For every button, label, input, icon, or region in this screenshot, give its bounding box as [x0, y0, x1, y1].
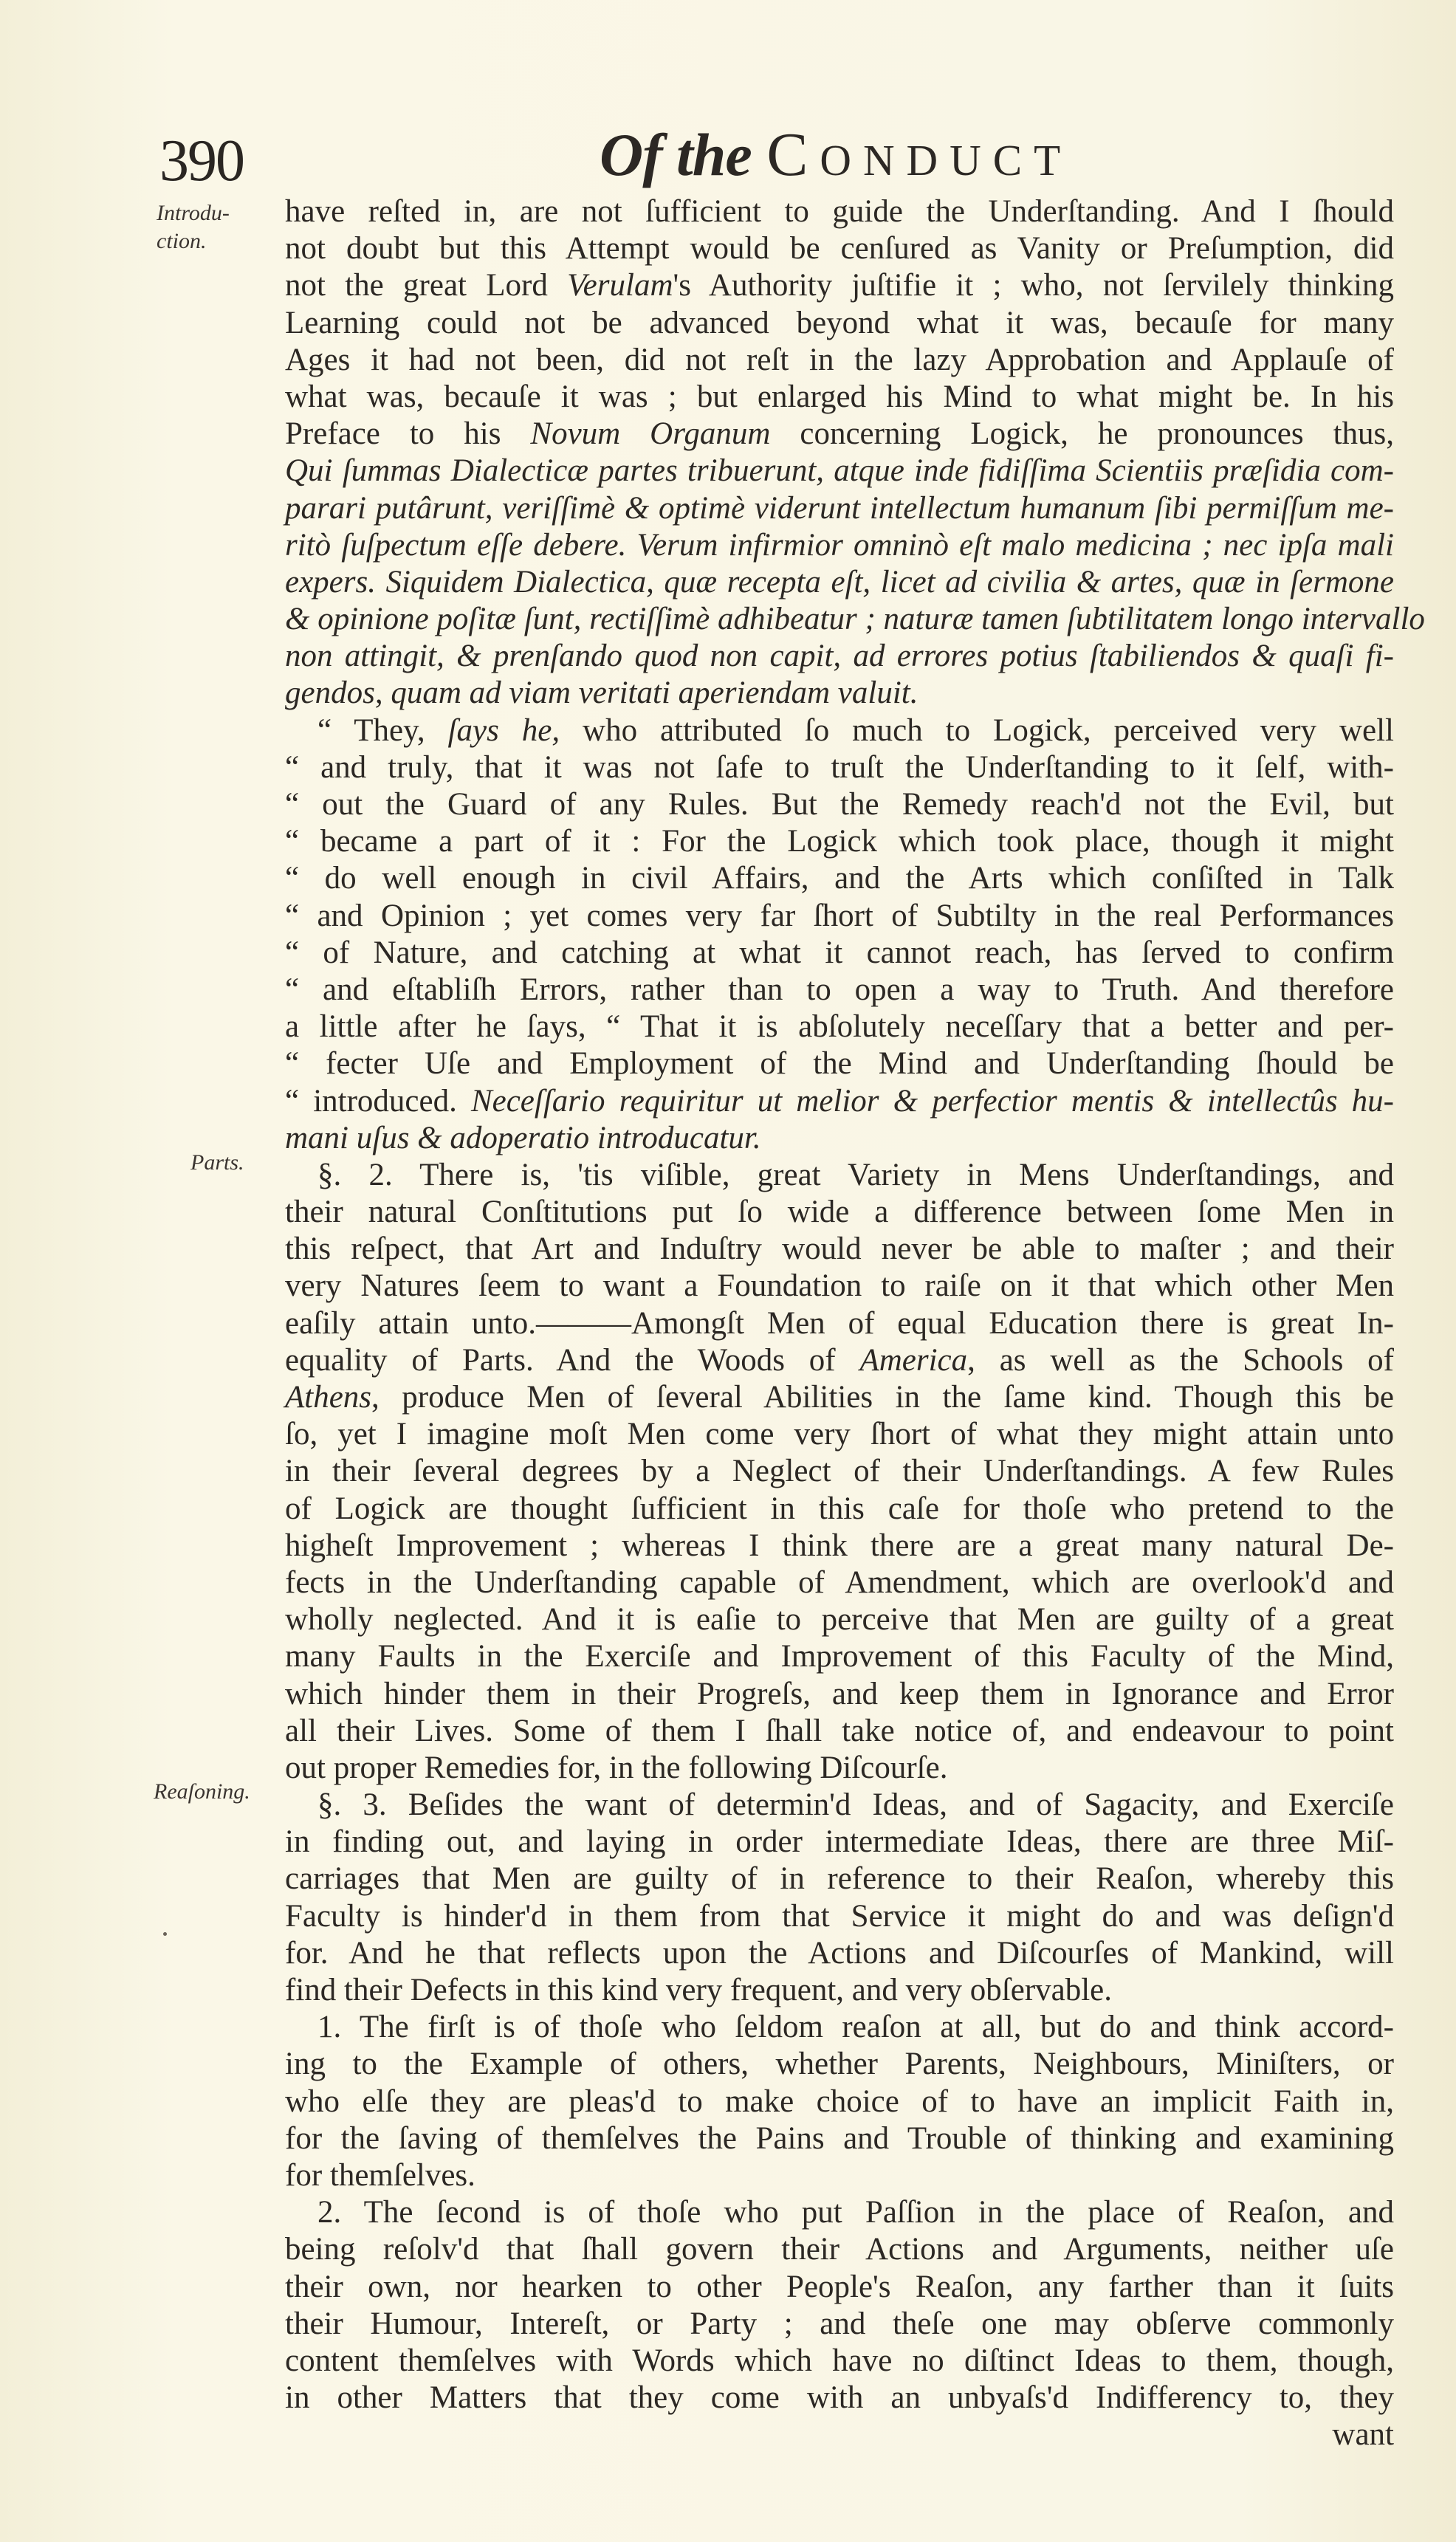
- italic-text: mani uſus & adoperatio introducatur.: [285, 1121, 761, 1155]
- text-line: all their Lives. Some of them I ſhall ta…: [285, 1713, 1394, 1750]
- text-line: “ and Opinion ; yet comes very far ſhort…: [285, 898, 1394, 935]
- text-line: Athens, produce Men of ſeveral Abilities…: [285, 1379, 1394, 1416]
- text-line: in their ſeveral degrees by a Neglect of…: [285, 1453, 1394, 1490]
- italic-text: ſays he,: [448, 713, 560, 748]
- italic-text: America: [859, 1343, 967, 1378]
- text-line: carriages that Men are guilty of in refe…: [285, 1861, 1394, 1897]
- text-line: out proper Remedies for, in the followin…: [285, 1750, 1394, 1787]
- text-line: “ and truly, that it was not ſafe to tru…: [285, 749, 1394, 786]
- text-line: want: [285, 2416, 1394, 2453]
- italic-text: expers. Siquidem Dialectica, quæ recepta…: [285, 565, 1394, 600]
- text-line: “ out the Guard of any Rules. But the Re…: [285, 786, 1394, 823]
- text-line: Preface to his Novum Organum concerning …: [285, 416, 1394, 453]
- text-line: gendos, quam ad viam veritati aperiendam…: [285, 675, 1394, 712]
- text-line: for themſelves.: [285, 2157, 1394, 2194]
- margin-note-introduction: Introdu- ction.: [157, 199, 230, 255]
- running-head-caps: Conduct: [766, 120, 1072, 189]
- italic-text: ritò ſuſpectum eſſe debere. Verum infirm…: [285, 528, 1394, 563]
- text-line: find their Defects in this kind very fre…: [285, 1972, 1394, 2009]
- text-line: non attingit, & prenſando quod non capit…: [285, 638, 1394, 675]
- margin-note-line: Parts.: [190, 1149, 244, 1177]
- text-line: higheſt Improvement ; whereas I think th…: [285, 1528, 1394, 1564]
- text-line: Learning could not be advanced beyond wh…: [285, 305, 1394, 342]
- text-line: “ introduced. Neceſſario requiritur ut m…: [285, 1083, 1394, 1120]
- text-line: “ fecter Uſe and Employment of the Mind …: [285, 1045, 1394, 1082]
- text-line: Faculty is hinder'd in them from that Se…: [285, 1898, 1394, 1935]
- text-line: for. And he that reflects upon the Actio…: [285, 1935, 1394, 1972]
- text-line: Qui ſummas Dialecticæ partes tribuerunt,…: [285, 453, 1394, 489]
- text-line: ritò ſuſpectum eſſe debere. Verum infirm…: [285, 527, 1394, 564]
- text-line: which hinder them in their Progreſs, and…: [285, 1676, 1394, 1713]
- text-line: content themſelves with Words which have…: [285, 2343, 1394, 2380]
- text-line: “ of Nature, and catching at what it can…: [285, 935, 1394, 972]
- text-line: their natural Conſtitutions put ſo wide …: [285, 1194, 1394, 1231]
- text-line: “ and eſtabliſh Errors, rather than to o…: [285, 972, 1394, 1009]
- text-line: of Logick are thought ſufficient in this…: [285, 1491, 1394, 1528]
- text-line: this reſpect, that Art and Induſtry woul…: [285, 1231, 1394, 1268]
- text-line: who elſe they are pleas'd to make choice…: [285, 2084, 1394, 2120]
- text-line: ing to the Example of others, whether Pa…: [285, 2046, 1394, 2083]
- text-line: not doubt but this Attempt would be cenſ…: [285, 230, 1394, 267]
- text-line: “ They, ſays he, who attributed ſo much …: [285, 712, 1394, 749]
- text-line: §. 3. Beſides the want of determin'd Ide…: [285, 1787, 1394, 1824]
- margin-note-parts: Parts.: [190, 1149, 244, 1177]
- text-line: many Faults in the Exerciſe and Improvem…: [285, 1638, 1394, 1675]
- text-line: Ages it had not been, did not reſt in th…: [285, 342, 1394, 379]
- text-line: 2. The ſecond is of thoſe who put Paſſio…: [285, 2194, 1394, 2231]
- text-line: wholly neglected. And it is eaſie to per…: [285, 1601, 1394, 1638]
- text-line: §. 2. There is, 'tis viſible, great Vari…: [285, 1157, 1394, 1194]
- text-line: 1. The firſt is of thoſe who ſeldom reaſ…: [285, 2009, 1394, 2046]
- running-head: 390 Of the Conduct: [0, 0, 1456, 221]
- italic-text: Qui ſummas Dialecticæ partes tribuerunt,…: [285, 453, 1394, 488]
- text-line: expers. Siquidem Dialectica, quæ recepta…: [285, 564, 1394, 601]
- italic-text: & opinione poſitæ ſunt, rectiſſimè adhib…: [285, 602, 1425, 636]
- text-line: fects in the Underſtanding capable of Am…: [285, 1564, 1394, 1601]
- italic-text: Verulam: [567, 268, 673, 303]
- text-line: what was, becauſe it was ; but enlarged …: [285, 379, 1394, 416]
- text-line: eaſily attain unto.———Amongſt Men of equ…: [285, 1305, 1394, 1342]
- text-line: in other Matters that they come with an …: [285, 2380, 1394, 2416]
- text-line: for the ſaving of themſelves the Pains a…: [285, 2120, 1394, 2157]
- text-line: “ became a part of it : For the Logick w…: [285, 823, 1394, 860]
- body-text: have reſted in, are not ſufficient to gu…: [285, 193, 1394, 2453]
- page-number: 390: [159, 131, 244, 190]
- italic-text: gendos, quam ad viam veritati aperiendam…: [285, 676, 918, 710]
- text-line: “ do well enough in civil Affairs, and t…: [285, 860, 1394, 897]
- text-line: being reſolv'd that ſhall govern their A…: [285, 2231, 1394, 2268]
- margin-note-reasoning: Reaſoning.: [154, 1778, 250, 1806]
- text-line: not the great Lord Verulam's Authority j…: [285, 267, 1394, 304]
- ink-speck: [163, 1932, 167, 1936]
- margin-note-line: Reaſoning.: [154, 1778, 250, 1806]
- text-line: their own, nor hearken to other People's…: [285, 2269, 1394, 2306]
- italic-text: Neceſſario requiritur ut melior & perfec…: [471, 1084, 1394, 1119]
- italic-text: Athens: [285, 1380, 371, 1415]
- text-line: their Humour, Intereſt, or Party ; and t…: [285, 2306, 1394, 2343]
- running-head-title: Of the Conduct: [600, 124, 1072, 186]
- text-line: & opinione poſitæ ſunt, rectiſſimè adhib…: [285, 601, 1394, 638]
- margin-note-line: ction.: [157, 227, 230, 255]
- running-head-italic: Of the: [600, 121, 752, 188]
- italic-text: non attingit, & prenſando quod non capit…: [285, 639, 1394, 673]
- italic-text: Novum Organum: [530, 416, 770, 451]
- margin-note-line: Introdu-: [157, 199, 230, 227]
- text-line: a little after he ſays, “ That it is abſ…: [285, 1009, 1394, 1045]
- text-line: parari putârunt, veriſſimè & optimè vide…: [285, 490, 1394, 527]
- italic-text: parari putârunt, veriſſimè & optimè vide…: [285, 491, 1394, 526]
- text-line: very Natures ſeem to want a Foundation t…: [285, 1268, 1394, 1305]
- text-line: ſo, yet I imagine moſt Men come very ſho…: [285, 1416, 1394, 1453]
- text-line: equality of Parts. And the Woods of Amer…: [285, 1342, 1394, 1379]
- text-line: have reſted in, are not ſufficient to gu…: [285, 193, 1394, 230]
- text-line: in finding out, and laying in order inte…: [285, 1824, 1394, 1861]
- text-line: mani uſus & adoperatio introducatur.: [285, 1120, 1394, 1157]
